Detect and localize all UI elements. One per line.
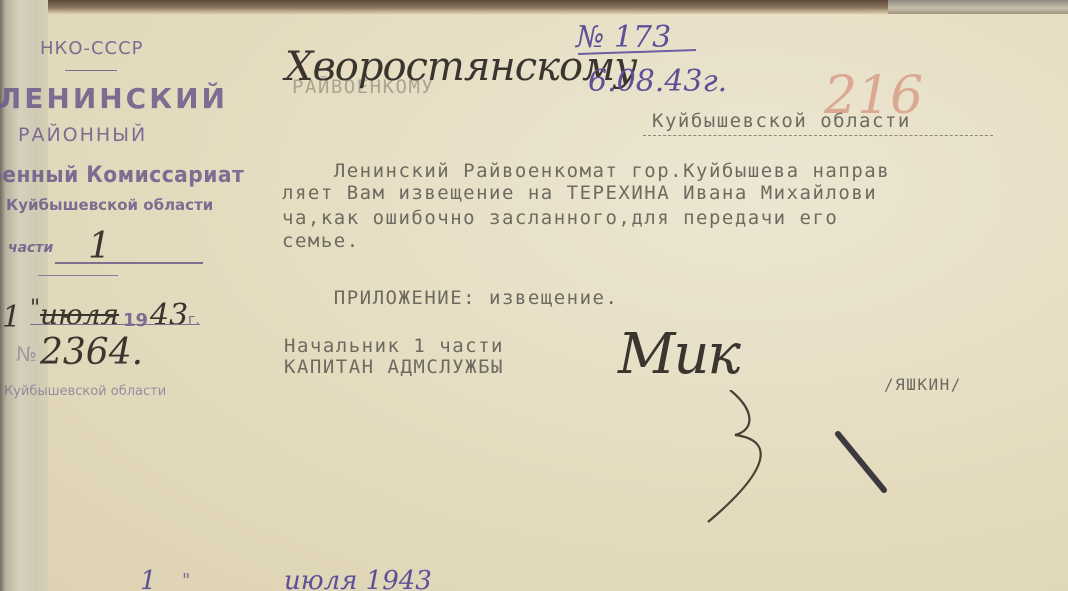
stamp-number-prefix: № bbox=[16, 342, 37, 366]
stamp-region: Куйбышевской области bbox=[6, 196, 213, 214]
ink-stroke-mark bbox=[832, 428, 892, 498]
bottom-violet-text: июля 1943 bbox=[284, 566, 432, 591]
stamp-nko-ussr: НКО-СССР bbox=[40, 38, 144, 59]
region-typed: Куйбышевской области bbox=[652, 110, 911, 132]
stamp-number-value: 2364. bbox=[40, 332, 143, 373]
bottom-left-mark: 1 bbox=[140, 566, 157, 591]
body-line-2: ляет Вам извещение на ТЕРЕХИНА Ивана Мих… bbox=[282, 182, 877, 204]
body-line-1: Ленинский Райвоенкомат гор.Куйбышева нап… bbox=[282, 160, 890, 182]
handwritten-signature: Мик bbox=[618, 322, 739, 387]
signatory-rank: КАПИТАН АДМСЛУЖБЫ bbox=[284, 356, 504, 378]
signatory-name: /ЯШКИН/ bbox=[884, 375, 962, 394]
stamp-date-year-prefix: 19 bbox=[123, 310, 148, 331]
stamp-date-day: 1 bbox=[2, 300, 21, 335]
stamp-leninsky: ЛЕНИНСКИЙ bbox=[0, 82, 228, 115]
stamp-date-year: 43 bbox=[150, 298, 188, 333]
stamp-date-month: июля bbox=[40, 298, 119, 331]
body-line-4: семье. bbox=[282, 230, 360, 252]
stamp-raionny: РАЙОННЫЙ bbox=[18, 124, 147, 146]
incoming-date: 6.08.43г. bbox=[588, 64, 727, 99]
attachment-line: ПРИЛОЖЕНИЕ: извещение. bbox=[282, 287, 618, 309]
body-line-3: ча,как ошибочно засланного,для передачи … bbox=[282, 207, 838, 229]
stamp-date-underline bbox=[30, 324, 200, 325]
stamp-part-label: части bbox=[8, 240, 53, 256]
signatory-title: Начальник 1 части bbox=[284, 335, 504, 357]
stamp-part-value: 1 bbox=[88, 226, 111, 267]
stamp-part-underline bbox=[55, 262, 203, 264]
signature-flourish bbox=[700, 390, 790, 530]
stamp-rule bbox=[65, 70, 117, 71]
stamp-commissariat: Военный Комиссариат bbox=[0, 163, 244, 188]
region-underline bbox=[643, 135, 993, 137]
bottom-quote: " bbox=[182, 570, 190, 591]
stamp-date-quote: " bbox=[30, 296, 40, 321]
stamp-date-suffix: г. bbox=[188, 312, 200, 328]
stamp-rule-2 bbox=[38, 275, 118, 276]
stamp-footer: Куйбышевской области bbox=[4, 384, 166, 399]
